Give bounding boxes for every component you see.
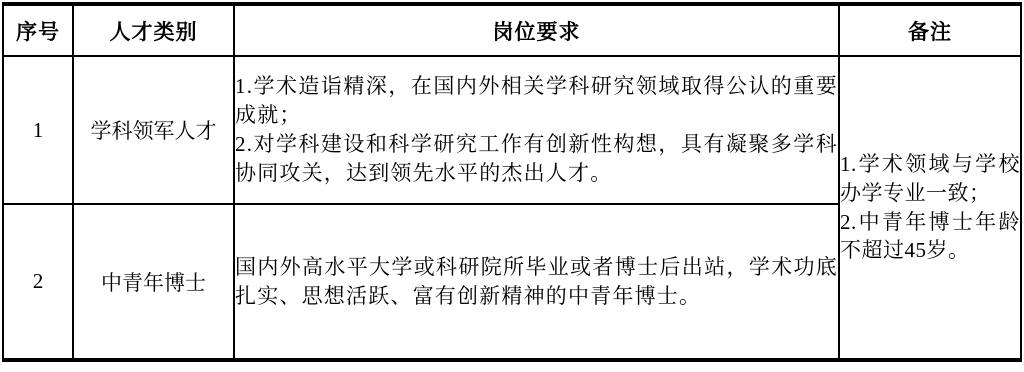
remark-item: 2.中青年博士年龄不超过45岁。 — [840, 208, 1020, 265]
requirement-item: 国内外高水平大学或科研院所毕业或者博士后出站，学术功底扎实、思想活跃、富有创新精… — [235, 253, 838, 311]
seq-cell-1: 1 — [3, 56, 73, 204]
document-page: 序号 人才类别 岗位要求 备注 1 学科领军人才 1.学术造诣精深，在国内外相关… — [2, 2, 1022, 362]
header-remarks: 备注 — [839, 4, 1021, 56]
talent-requirements-table: 序号 人才类别 岗位要求 备注 1 学科领军人才 1.学术造诣精深，在国内外相关… — [2, 2, 1022, 362]
header-row: 序号 人才类别 岗位要求 备注 — [3, 4, 1021, 56]
requirements-cell-1: 1.学术造诣精深，在国内外相关学科研究领域取得公认的重要成就； 2.对学科建设和… — [234, 56, 839, 204]
requirement-item: 1.学术造诣精深，在国内外相关学科研究领域取得公认的重要成就； — [235, 72, 838, 130]
header-category: 人才类别 — [73, 4, 234, 56]
requirement-item: 2.对学科建设和科学研究工作有创新性构想，具有凝聚多学科协同攻关，达到领先水平的… — [235, 130, 838, 188]
category-cell-2: 中青年博士 — [73, 204, 234, 360]
table-row-1: 1 学科领军人才 1.学术造诣精深，在国内外相关学科研究领域取得公认的重要成就；… — [3, 56, 1021, 204]
remarks-cell: 1.学术领域与学校办学专业一致； 2.中青年博士年龄不超过45岁。 — [839, 56, 1021, 360]
header-requirements: 岗位要求 — [234, 4, 839, 56]
remark-item: 1.学术领域与学校办学专业一致； — [840, 150, 1020, 207]
category-cell-1: 学科领军人才 — [73, 56, 234, 204]
seq-cell-2: 2 — [3, 204, 73, 360]
requirements-cell-2: 国内外高水平大学或科研院所毕业或者博士后出站，学术功底扎实、思想活跃、富有创新精… — [234, 204, 839, 360]
header-seq: 序号 — [3, 4, 73, 56]
